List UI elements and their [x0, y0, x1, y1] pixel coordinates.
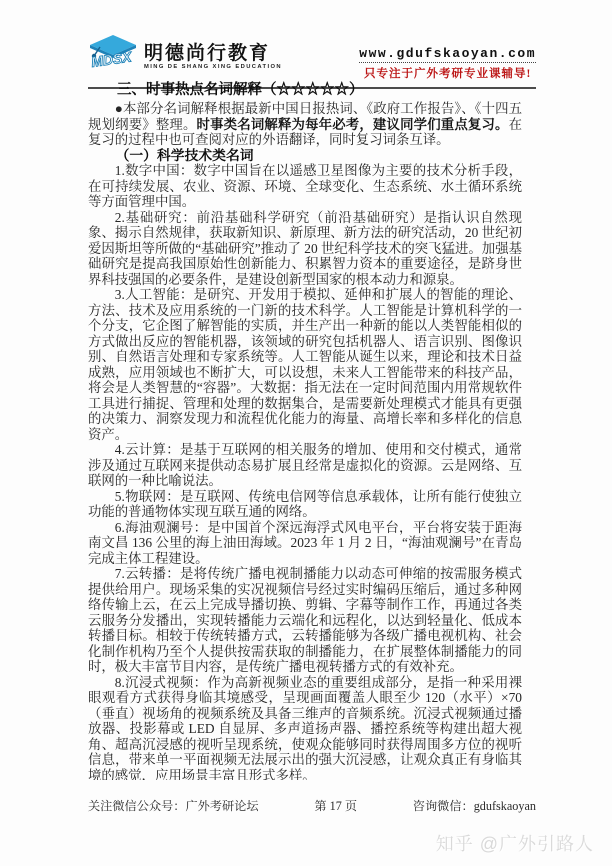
term-text: 是将传统广播电视制播能力以动态可伸缩的按需服务模式提供给用户。现场采集的实况视频…	[88, 566, 522, 674]
term-text: 作为高新视频业态的重要组成部分，是指一种采用裸眼观看方式获得身临其境感受，呈现画…	[88, 675, 522, 781]
term-text: 是研究、开发用于模拟、延伸和扩展人的智能的理论、方法、技术及应用系统的一门新的技…	[88, 287, 522, 442]
footer-consult-wechat: 咨询微信：gdufskaoyan	[413, 797, 536, 814]
term-paragraph-6: 6.海油观澜号：是中国首个深远海浮式风电平台，平台将安装于距海南文昌 136 公…	[88, 520, 522, 567]
term-paragraph-3: 3.人工智能：是研究、开发用于模拟、延伸和扩展人的智能的理论、方法、技术及应用系…	[88, 287, 522, 442]
term-paragraph-5: 5.物联网：是互联网、传统电信网等信息承载体，让所有能行使独立功能的普通物体实现…	[88, 489, 522, 520]
term-paragraph-1: 1.数字中国：数字中国旨在以遥感卫星图像为主要的技术分析手段，在可持续发展、农业…	[88, 163, 522, 210]
graduation-cap-logo-icon: MDSX	[88, 34, 138, 81]
section-heading: （一）科学技术类名词	[88, 148, 522, 164]
term-label: 1.数字中国：	[115, 163, 194, 178]
bullet-icon: ●	[115, 101, 123, 116]
header-right: www.gdufskaoyan.com 只专注于广外考研专业课辅导!	[359, 44, 536, 81]
term-paragraph-7: 7.云转播：是将传统广播电视制播能力以动态可伸缩的按需服务模式提供给用户。现场采…	[88, 566, 522, 675]
term-label: 2.基础研究：	[115, 210, 197, 225]
term-label: 5.物联网：	[115, 489, 180, 504]
term-label: 7.云转播：	[115, 566, 180, 581]
term-label: 3.人工智能：	[115, 287, 194, 302]
page-footer: 关注微信公众号：广外考研论坛 第 17 页 咨询微信：gdufskaoyan	[88, 797, 536, 814]
term-paragraph-8: 8.沉浸式视频：作为高新视频业态的重要组成部分，是指一种采用裸眼观看方式获得身临…	[88, 675, 522, 781]
website-url: www.gdufskaoyan.com	[359, 46, 536, 63]
brand-block: MDSX 明德尚行教育 MING DE SHANG XING EDUCATION	[88, 34, 282, 81]
intro-paragraph: ●本部分名词解释根据最新中国日报热词、《政府工作报告》、《十四五规划纲要》整理。…	[88, 101, 522, 148]
term-label: 4.云计算：	[115, 442, 180, 457]
term-paragraph-4: 4.云计算：是基于互联网的相关服务的增加、使用和交付模式，通常涉及通过互联网来提…	[88, 442, 522, 489]
brand-text: 明德尚行教育 MING DE SHANG XING EDUCATION	[144, 44, 282, 70]
zhihu-watermark: 知乎 @广外引路人	[436, 830, 594, 856]
term-label: 6.海油观澜号：	[115, 520, 208, 535]
brand-name-cn: 明德尚行教育	[144, 44, 282, 64]
brand-name-en: MING DE SHANG XING EDUCATION	[144, 64, 282, 70]
intro-text-bold: 时事类名词解释为每年必考，建议同学们重点复习。	[197, 117, 509, 132]
document-body: 三、时事热点名词解释（☆☆☆☆☆） ●本部分名词解释根据最新中国日报热词、《政府…	[88, 80, 522, 780]
document-page: MDSX 明德尚行教育 MING DE SHANG XING EDUCATION…	[0, 0, 612, 866]
footer-wechat-account: 关注微信公众号：广外考研论坛	[88, 797, 259, 814]
term-label: 8.沉浸式视频：	[115, 675, 208, 690]
page-number: 第 17 页	[314, 797, 357, 814]
term-paragraph-2: 2.基础研究：前沿基础科学研究（前沿基础研究）是指认识自然现象、揭示自然规律，获…	[88, 210, 522, 288]
page-title: 三、时事热点名词解释（☆☆☆☆☆）	[88, 80, 522, 100]
brand-slogan: 只专注于广外考研专业课辅导!	[359, 65, 536, 81]
